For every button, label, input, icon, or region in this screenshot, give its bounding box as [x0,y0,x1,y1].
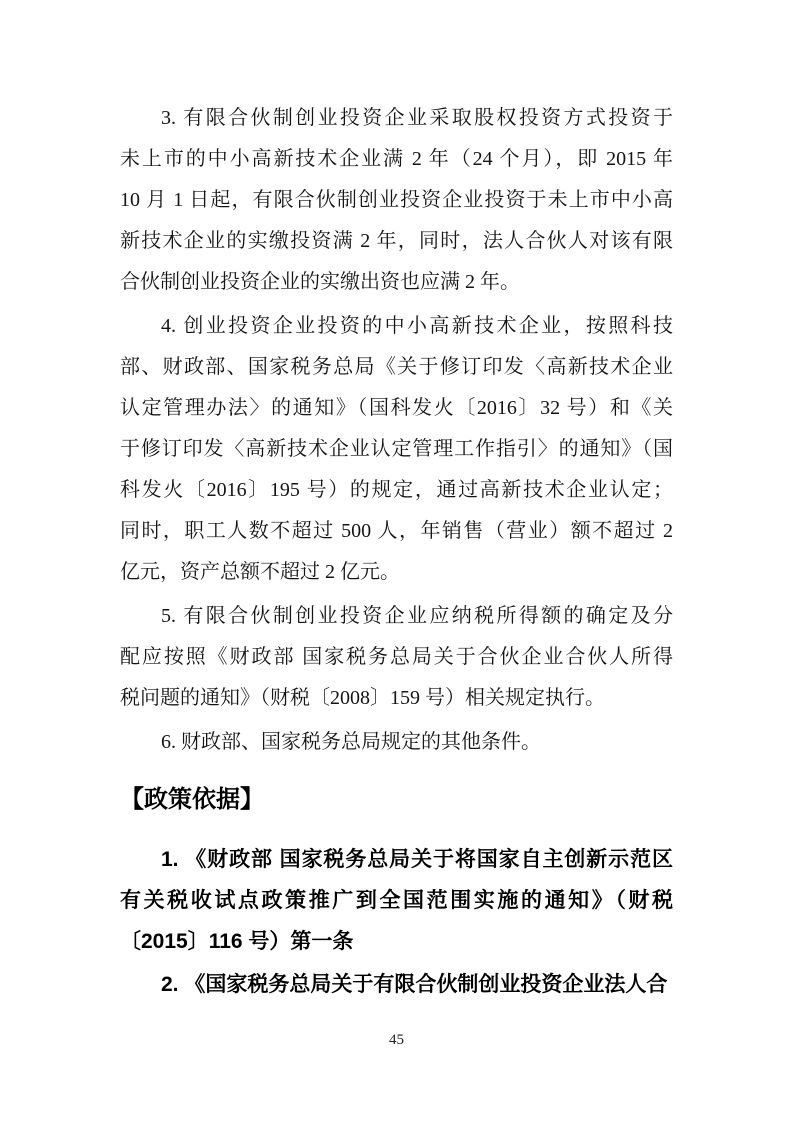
text-line: 10 月 1 日起，有限合伙制创业投资企业投资于未上市中小高 [120,180,673,221]
text-line: 5. 有限合伙制创业投资企业应纳税所得额的确定及分 [120,596,673,637]
section-heading-policy-basis: 【政策依据】 [120,777,673,823]
text-line: 有关税收试点政策推广到全国范围实施的通知》（财税 [120,880,673,921]
text-line: 配应按照《财政部 国家税务总局关于合伙企业合伙人所得 [120,637,673,678]
text-line: 认定管理办法〉的通知》（国科发火〔2016〕32 号）和《关 [120,388,673,429]
paragraph-item-5: 5. 有限合伙制创业投资企业应纳税所得额的确定及分 配应按照《财政部 国家税务总… [120,596,673,719]
text-line: 新技术企业的实缴投资满 2 年，同时，法人合伙人对该有限 [120,221,673,262]
document-page: 3. 有限合伙制创业投资企业采取股权投资方式投资于 未上市的中小高新技术企业满 … [0,0,793,1122]
document-body: 3. 有限合伙制创业投资企业采取股权投资方式投资于 未上市的中小高新技术企业满 … [120,98,673,1005]
text-line: 6. 财政部、国家税务总局规定的其他条件。 [120,722,673,763]
paragraph-item-4: 4. 创业投资企业投资的中小高新技术企业，按照科技 部、财政部、国家税务总局《关… [120,306,673,593]
text-line: 科发火〔2016〕195 号）的规定，通过高新技术企业认定； [120,470,673,511]
paragraph-item-6: 6. 财政部、国家税务总局规定的其他条件。 [120,722,673,763]
text-line: 3. 有限合伙制创业投资企业采取股权投资方式投资于 [120,98,673,139]
text-line: 2. 《国家税务总局关于有限合伙制创业投资企业法人合 [120,964,673,1005]
text-line: 部、财政部、国家税务总局《关于修订印发〈高新技术企业 [120,347,673,388]
text-line: 未上市的中小高新技术企业满 2 年（24 个月），即 2015 年 [120,139,673,180]
paragraph-item-3: 3. 有限合伙制创业投资企业采取股权投资方式投资于 未上市的中小高新技术企业满 … [120,98,673,303]
text-line: 1. 《财政部 国家税务总局关于将国家自主创新示范区 [120,839,673,880]
text-line: 税问题的通知》（财税〔2008〕159 号）相关规定执行。 [120,678,673,719]
text-line: 亿元，资产总额不超过 2 亿元。 [120,552,673,593]
policy-ref-2: 2. 《国家税务总局关于有限合伙制创业投资企业法人合 [120,964,673,1005]
page-number: 45 [0,1032,793,1049]
text-line: 同时，职工人数不超过 500 人，年销售（营业）额不超过 2 [120,511,673,552]
text-line: 合伙制创业投资企业的实缴出资也应满 2 年。 [120,262,673,303]
text-line: 〔2015〕116 号）第一条 [120,921,673,962]
text-line: 4. 创业投资企业投资的中小高新技术企业，按照科技 [120,306,673,347]
policy-ref-1: 1. 《财政部 国家税务总局关于将国家自主创新示范区 有关税收试点政策推广到全国… [120,839,673,962]
text-line: 于修订印发〈高新技术企业认定管理工作指引〉的通知》（国 [120,429,673,470]
